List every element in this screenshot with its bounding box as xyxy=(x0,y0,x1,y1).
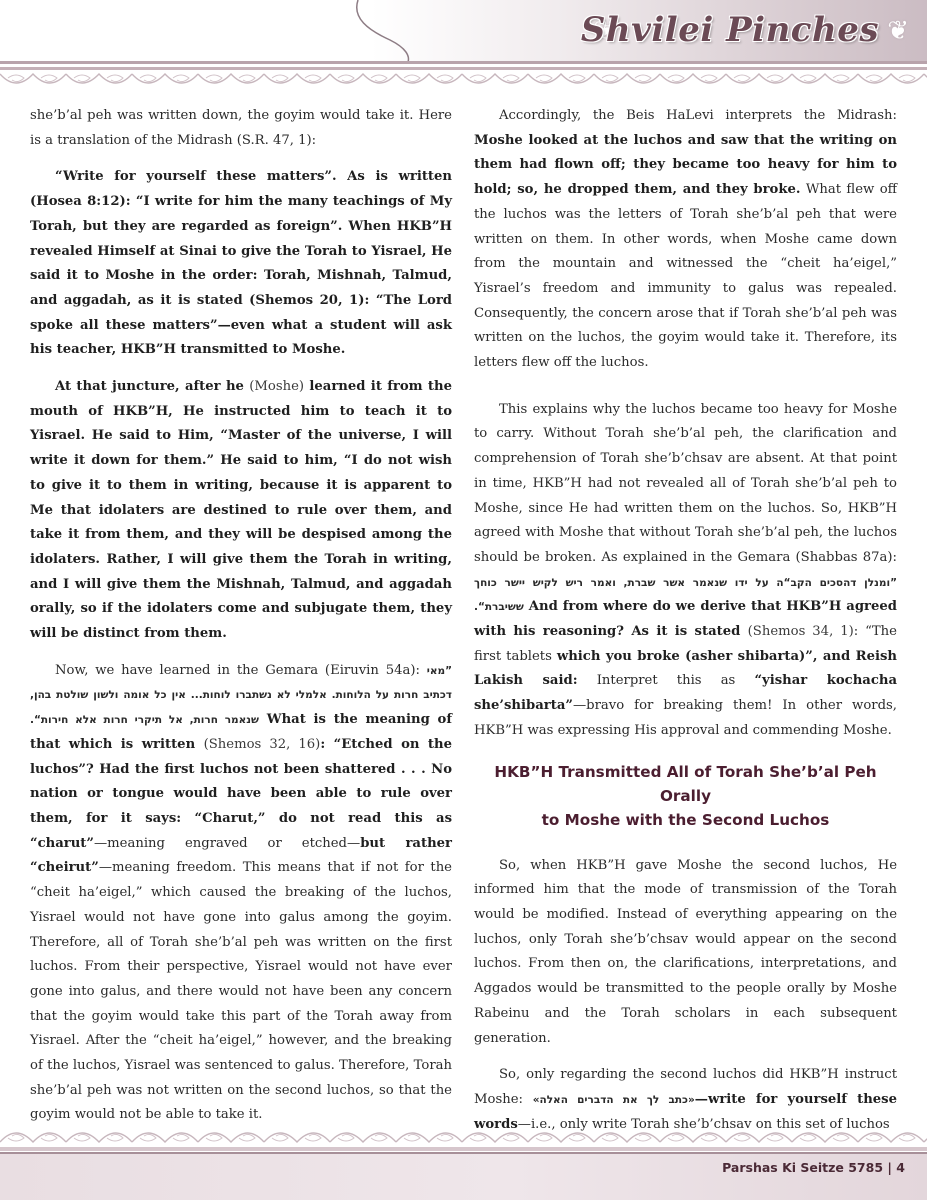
left-column: she’b’al peh was written down, the goyim… xyxy=(30,104,452,1128)
right-column: Accordingly, the Beis HaLevi interprets … xyxy=(474,104,897,1137)
footer-issue-and-page-number: Parshas Ki Seitze 5785 | 4 xyxy=(722,1160,905,1175)
source-reference: (Moshe) xyxy=(249,379,304,394)
midrash-quote: “Write for yourself these matters”. As i… xyxy=(30,165,452,363)
paragraph: So, when HKB”H gave Moshe the second luc… xyxy=(474,854,897,1052)
source-reference: (Shemos 32, 16) xyxy=(204,737,321,752)
hebrew-quote: «כתב לך את הדברים האלה» xyxy=(533,1094,695,1106)
source-reference: (Shemos 34, 1) xyxy=(748,624,854,639)
section-heading: HKB”H Transmitted All of Torah She’b’al … xyxy=(474,760,897,832)
header-curve-decoration xyxy=(350,0,420,62)
newsletter-title: Shvilei Pinches xyxy=(581,10,879,50)
gemara-paragraph: Now, we have learned in the Gemara (Eiru… xyxy=(30,659,452,1128)
beis-halevi-paragraph: Accordingly, the Beis HaLevi interprets … xyxy=(474,104,897,376)
paragraph: she’b’al peh was written down, the goyim… xyxy=(30,104,452,153)
footer-divider-line xyxy=(0,1147,927,1151)
header-scroll-border xyxy=(0,70,927,92)
header-divider-line xyxy=(0,61,927,64)
explanation-paragraph: This explains why the luchos became too … xyxy=(474,398,897,744)
quote-text: “Write for yourself these matters”. As i… xyxy=(30,169,452,357)
midrash-quote-continued: At that juncture, after he (Moshe) learn… xyxy=(30,375,452,647)
swirl-ornament-icon: ❦ xyxy=(887,16,909,46)
footer-scroll-border xyxy=(0,1124,927,1146)
